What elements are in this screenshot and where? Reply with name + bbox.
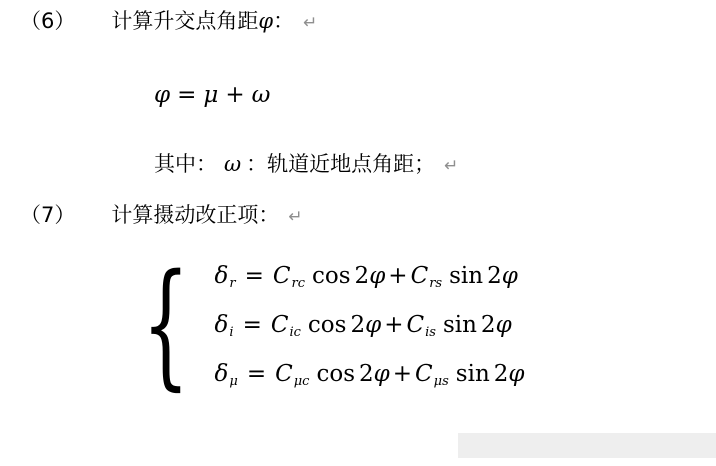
item-6-title: 计算升交点角距 <box>111 9 258 33</box>
phi-symbol: φ <box>369 263 385 289</box>
phi-symbol: φ <box>374 361 390 387</box>
left-brace: { <box>142 250 190 400</box>
document-page[interactable]: （6）计算升交点角距φ：↵ φ=μ+ω 其中：ω：轨道近地点角距；↵ （7）计算… <box>0 0 716 466</box>
cos-function: cos <box>308 312 347 338</box>
item-7-line: （7）计算摄动改正项：↵ <box>20 202 303 231</box>
delta-symbol: δ <box>215 312 229 338</box>
equation-row-r: δr=Crccos2φ+Crssin2φ <box>215 252 525 301</box>
equals-sign: = <box>247 361 266 387</box>
coef-subscript: ic <box>289 325 300 340</box>
item-7-title: 计算摄动改正项： <box>111 203 279 227</box>
numeral-two: 2 <box>481 312 496 338</box>
coef-symbol: C <box>273 263 291 289</box>
delta-subscript: r <box>229 276 235 291</box>
plus-sign: + <box>393 361 412 387</box>
omega-symbol: ω <box>224 152 241 176</box>
phi-symbol: φ <box>502 263 518 289</box>
where-text: 轨道近地点角距； <box>267 152 435 176</box>
coef-subscript: μs <box>434 374 449 389</box>
coef-symbol: C <box>411 263 429 289</box>
plus-sign: + <box>384 312 403 338</box>
item-6-colon: ： <box>273 9 294 33</box>
paragraph-return-icon: ↵ <box>303 13 317 33</box>
where-prefix: 其中： <box>154 152 217 176</box>
coef-symbol: C <box>271 312 289 338</box>
equals-sign: = <box>177 82 196 108</box>
corner-gray-block <box>458 433 716 458</box>
perturbation-equations: { δr=Crccos2φ+Crssin2φ δi=Ciccos2φ+Cissi… <box>142 250 525 400</box>
equals-sign: = <box>243 312 262 338</box>
where-colon: ： <box>246 152 267 176</box>
coef-subscript: rs <box>429 276 442 291</box>
cos-function: cos <box>316 361 355 387</box>
sin-function: sin <box>449 263 483 289</box>
delta-subscript: μ <box>229 374 237 389</box>
mu-symbol: μ <box>203 82 218 108</box>
coef-symbol: C <box>275 361 293 387</box>
delta-symbol: δ <box>215 361 229 387</box>
formula-lhs: φ <box>154 82 170 108</box>
phi-symbol: φ <box>365 312 381 338</box>
numeral-two: 2 <box>494 361 509 387</box>
phi-symbol: φ <box>508 361 524 387</box>
equation-row-i: δi=Ciccos2φ+Cissin2φ <box>215 301 525 350</box>
delta-subscript: i <box>229 325 233 340</box>
coef-subscript: is <box>425 325 436 340</box>
where-line: 其中：ω：轨道近地点角距；↵ <box>154 151 458 180</box>
equals-sign: = <box>245 263 264 289</box>
phi-symbol: φ <box>496 312 512 338</box>
delta-symbol: δ <box>215 263 229 289</box>
numeral-two: 2 <box>487 263 502 289</box>
sin-function: sin <box>443 312 477 338</box>
item-6-line: （6）计算升交点角距φ：↵ <box>20 8 317 37</box>
plus-sign: + <box>388 263 407 289</box>
phi-formula: φ=μ+ω <box>154 82 270 108</box>
coef-symbol: C <box>406 312 424 338</box>
omega-symbol: ω <box>252 82 271 108</box>
item-6-number: （6） <box>20 8 75 35</box>
cos-function: cos <box>312 263 351 289</box>
coef-subscript: μc <box>294 374 310 389</box>
plus-sign: + <box>225 82 244 108</box>
paragraph-return-icon: ↵ <box>288 207 302 227</box>
coef-subscript: rc <box>292 276 306 291</box>
paragraph-return-icon: ↵ <box>444 156 458 176</box>
numeral-two: 2 <box>355 263 370 289</box>
numeral-two: 2 <box>359 361 374 387</box>
equation-row-mu: δμ=Cμccos2φ+Cμssin2φ <box>215 350 525 399</box>
coef-symbol: C <box>415 361 433 387</box>
phi-symbol: φ <box>258 9 273 33</box>
equation-rows: δr=Crccos2φ+Crssin2φ δi=Ciccos2φ+Cissin2… <box>215 252 525 399</box>
item-7-number: （7） <box>20 202 75 229</box>
sin-function: sin <box>456 361 490 387</box>
numeral-two: 2 <box>350 312 365 338</box>
